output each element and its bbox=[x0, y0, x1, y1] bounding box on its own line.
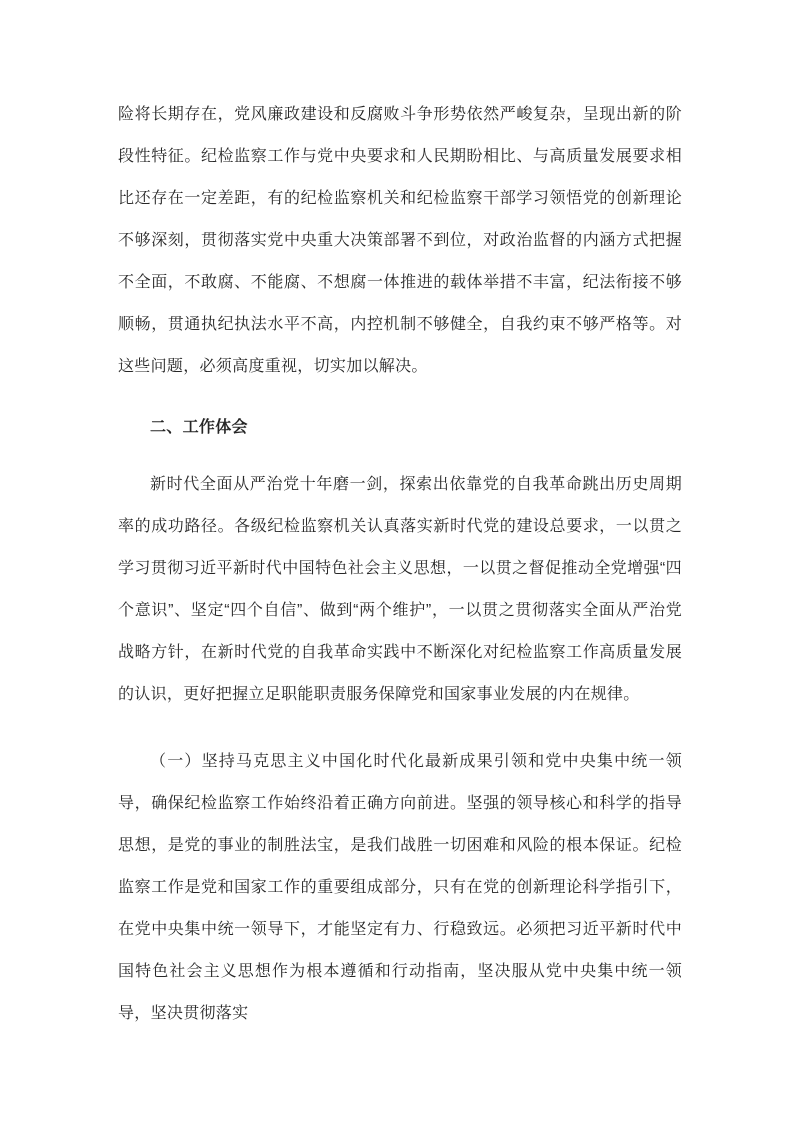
paragraph: （一）坚持马克思主义中国化时代化最新成果引领和党中央集中统一领导，确保纪检监察工… bbox=[118, 741, 682, 1035]
document-page: 险将长期存在，党风廉政建设和反腐败斗争形势依然严峻复杂，呈现出新的阶段性特征。纪… bbox=[0, 0, 800, 1131]
section-heading: 二、工作体会 bbox=[118, 407, 682, 449]
paragraph-continuation: 险将长期存在，党风廉政建设和反腐败斗争形势依然严峻复杂，呈现出新的阶段性特征。纪… bbox=[118, 94, 682, 388]
paragraph: 新时代全面从严治党十年磨一剑，探索出依靠党的自我革命跳出历史周期率的成功路径。各… bbox=[118, 464, 682, 716]
document-body: 险将长期存在，党风廉政建设和反腐败斗争形势依然严峻复杂，呈现出新的阶段性特征。纪… bbox=[118, 94, 682, 1035]
